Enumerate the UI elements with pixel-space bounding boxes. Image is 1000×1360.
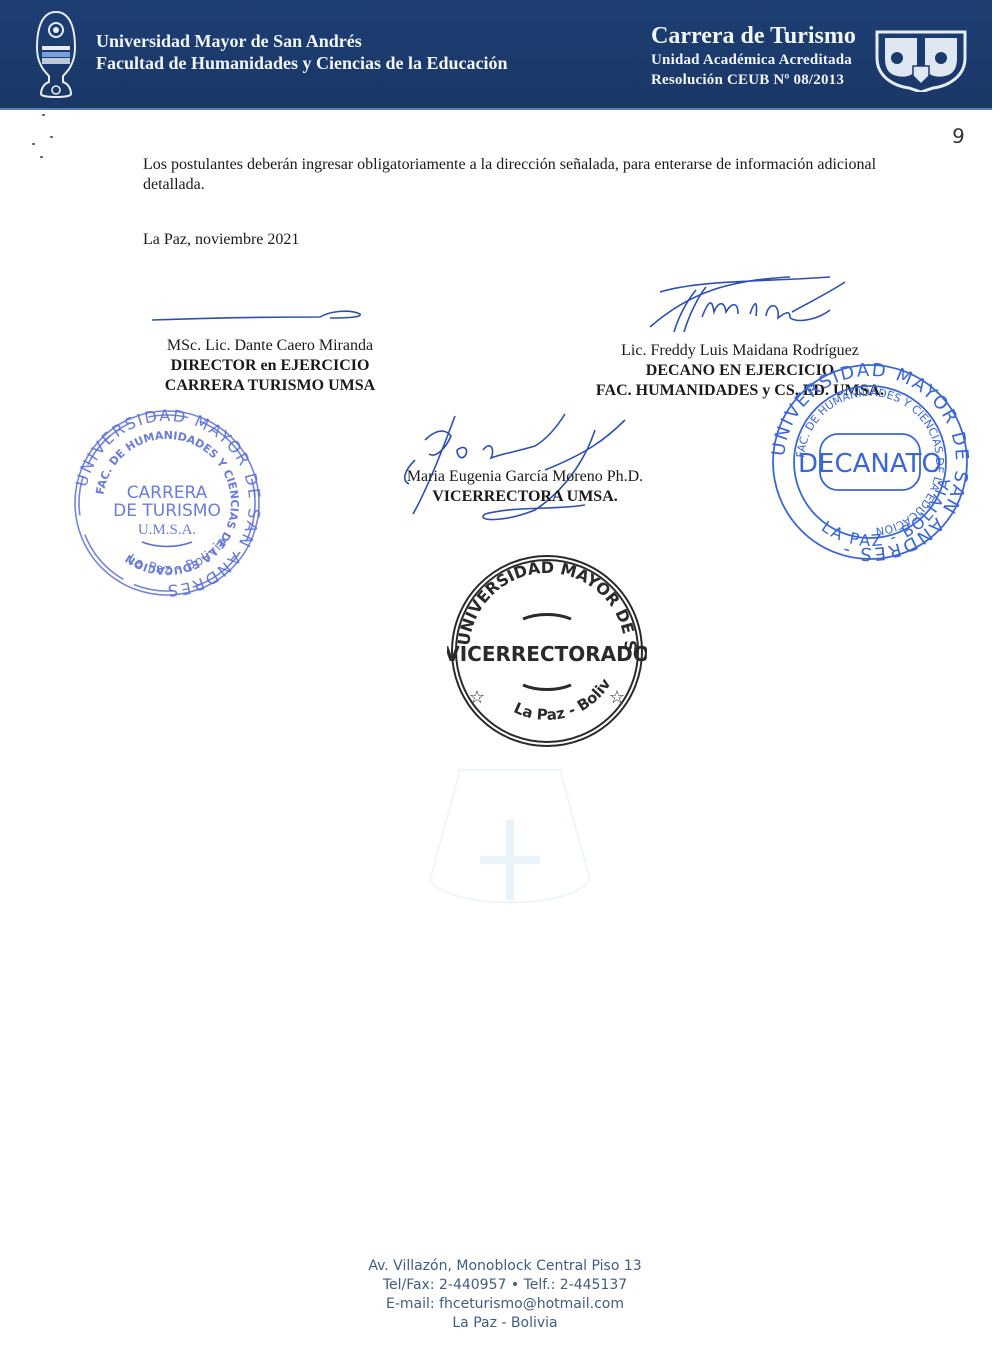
- stamp-vicerrectorado: UNIVERSIDAD MAYOR DE SAN ANDRES La Paz -…: [447, 553, 647, 748]
- program-block: Carrera de Turismo Unidad Académica Acre…: [651, 22, 856, 90]
- decano-name: Lic. Freddy Luis Maidana Rodríguez: [560, 341, 920, 361]
- svg-text:LA PAZ - BOLIVIA: LA PAZ - BOLIVIA: [818, 475, 955, 551]
- accreditation-text: Unidad Académica Acreditada: [651, 50, 856, 70]
- svg-text:U.M.S.A.: U.M.S.A.: [138, 522, 196, 538]
- program-name: Carrera de Turismo: [651, 22, 856, 50]
- footer-email[interactable]: E-mail: fhceturismo@hotmail.com: [300, 1295, 710, 1314]
- decano-signature-stroke: [640, 272, 850, 352]
- director-name: MSc. Lic. Dante Caero Miranda: [140, 336, 400, 356]
- footer-address: Av. Villazón, Monoblock Central Piso 13: [300, 1257, 710, 1276]
- date-line: La Paz, noviembre 2021: [143, 231, 299, 249]
- svg-text:UNIVERSIDAD MAYOR DE SAN ANDRE: UNIVERSIDAD MAYOR DE SAN ANDRES: [447, 553, 640, 652]
- svg-text:☆: ☆: [609, 687, 625, 708]
- university-seal-icon: [35, 10, 77, 100]
- watermark-emblem: [420, 760, 600, 920]
- body-paragraph: Los postulantes deberán ingresar obligat…: [143, 155, 923, 195]
- page-number: 9: [951, 124, 965, 149]
- resolution-text: Resolución CEUB Nº 08/2013: [651, 70, 856, 90]
- stamp-carrera-turismo: UNIVERSIDAD MAYOR DE SAN ANDRES FAC. DE …: [72, 408, 262, 598]
- svg-text:☆: ☆: [469, 687, 485, 708]
- turismo-logo-icon: [873, 28, 969, 92]
- footer-city: La Paz - Bolivia: [300, 1314, 710, 1333]
- stamp-decanato: UNIVERSIDAD MAYOR DE SAN ANDRES - FAC. D…: [770, 362, 970, 562]
- signature-block-vicerrectora: Maria Eugenia García Moreno Ph.D. VICERR…: [380, 467, 670, 507]
- institution-block: Universidad Mayor de San Andrés Facultad…: [96, 30, 508, 74]
- svg-text:VICERRECTORADO: VICERRECTORADO: [447, 642, 647, 666]
- vicerrectora-name: Maria Eugenia García Moreno Ph.D.: [380, 467, 670, 487]
- director-role: DIRECTOR en EJERCICIO: [140, 356, 400, 376]
- letterhead-banner: Universidad Mayor de San Andrés Facultad…: [0, 0, 992, 110]
- director-unit: CARRERA TURISMO UMSA: [140, 376, 400, 396]
- university-name: Universidad Mayor de San Andrés: [96, 30, 508, 52]
- svg-text:DE TURISMO: DE TURISMO: [113, 501, 221, 521]
- svg-text:CARRERA: CARRERA: [127, 483, 208, 503]
- signature-block-director: MSc. Lic. Dante Caero Miranda DIRECTOR e…: [140, 336, 400, 396]
- vicerrectora-role: VICERRECTORA UMSA.: [380, 487, 670, 507]
- svg-text:La Paz - Bolivia: La Paz - Bolivia: [125, 534, 231, 577]
- footer-phones: Tel/Fax: 2-440957 • Telf.: 2-445137: [300, 1276, 710, 1295]
- faculty-name: Facultad de Humanidades y Ciencias de la…: [96, 52, 508, 74]
- svg-text:DECANATO: DECANATO: [798, 449, 942, 479]
- footer-contact: Av. Villazón, Monoblock Central Piso 13 …: [300, 1257, 710, 1333]
- director-signature-stroke: [150, 305, 370, 325]
